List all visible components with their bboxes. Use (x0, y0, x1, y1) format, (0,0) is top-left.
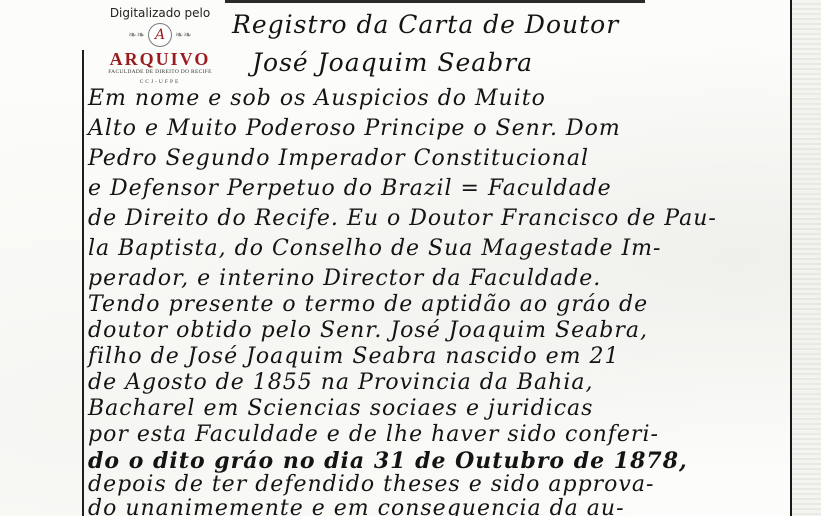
ornament-scroll-left-icon: ❧❧ (128, 30, 145, 41)
text-line-14: do o dito gráo no dia 31 de Outubro de 1… (88, 448, 688, 474)
text-line-3: Pedro Segundo Imperador Constitucional (88, 146, 589, 171)
text-line-4: e Defensor Perpetuo do Brazil = Faculdad… (88, 176, 612, 201)
text-line-6: la Baptista, do Conselho de Sua Magestad… (88, 236, 661, 261)
watermark-caption: Digitalizado pelo (100, 6, 220, 20)
page-top-edge (225, 0, 645, 3)
text-line-7: perador, e interino Director da Faculdad… (88, 266, 601, 291)
watermark-brand: ARQUIVO (100, 50, 220, 68)
watermark-unit: CCJ-UFPE (100, 79, 220, 85)
text-line-8: Tendo presente o termo de aptidão ao grá… (88, 292, 648, 317)
text-line-15: depois de ter defendido theses e sido ap… (88, 472, 654, 497)
text-line-2: Alto e Muito Poderoso Principe o Senr. D… (88, 116, 621, 141)
watermark-subtitle: FACULDADE DE DIREITO DO RECIFE (100, 69, 220, 75)
document-subject-name: José Joaquim Seabra (252, 48, 533, 77)
text-line-9: doutor obtido pelo Senr. José Joaquim Se… (88, 318, 648, 343)
text-line-5: de Direito do Recife. Eu o Doutor Franci… (88, 206, 717, 231)
emblem-medallion-icon: A (148, 23, 172, 47)
left-margin-rule (82, 50, 84, 516)
text-line-16: do unanimemente e em consequencia da au- (88, 496, 625, 516)
text-line-11: de Agosto de 1855 na Provincia da Bahia, (88, 370, 594, 395)
text-line-12: Bacharel em Sciencias sociaes e juridica… (88, 396, 593, 421)
ornament-scroll-right-icon: ❧❧ (175, 30, 192, 41)
text-line-10: filho de José Joaquim Seabra nascido em … (88, 344, 619, 369)
text-line-13: por esta Faculdade e de lhe haver sido c… (88, 422, 659, 447)
document-title: Registro da Carta de Doutor (232, 10, 619, 39)
text-line-1: Em nome e sob os Auspicios do Muito (88, 86, 546, 111)
emblem: ❧❧ A ❧❧ (100, 22, 220, 48)
binding-edge (792, 0, 821, 516)
document-scan: Digitalizado pelo ❧❧ A ❧❧ ARQUIVO FACULD… (0, 0, 821, 516)
